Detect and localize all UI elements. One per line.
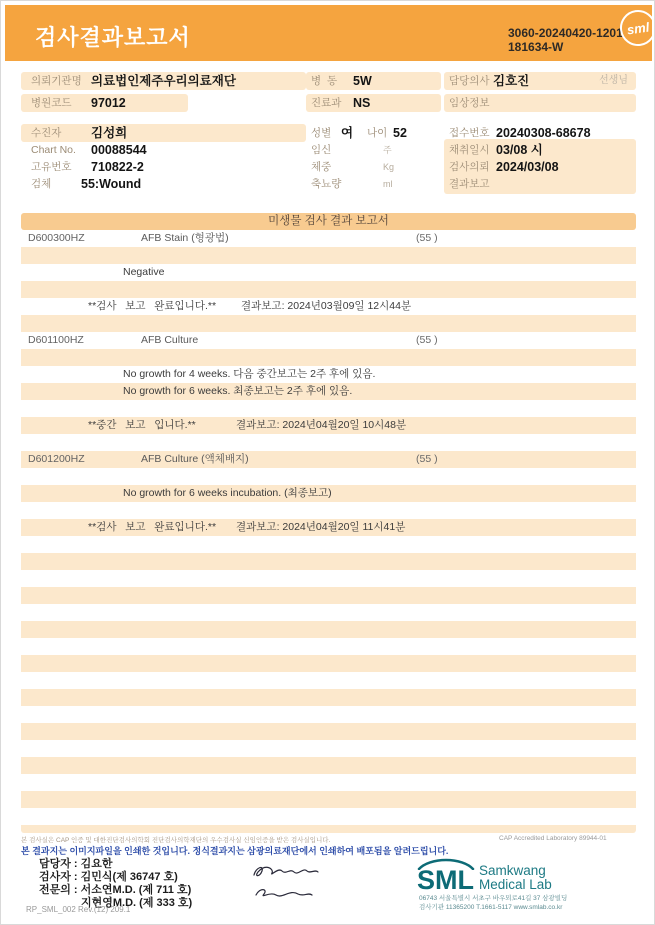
cap-accreditation-line: 본 검사실은 CAP 인증 및 대한진단검사의학회 진단검사의학재단의 우수검사…: [21, 835, 330, 844]
age-label: 나이: [367, 124, 387, 142]
test2-reported: 결과보고: 2024년04월20일 10시48분: [236, 417, 406, 434]
dept-label: 진료과: [311, 94, 341, 112]
test3-name: AFB Culture (액체배지): [141, 451, 249, 468]
test2-name: AFB Culture: [141, 332, 198, 349]
chart-label: Chart No.: [31, 141, 76, 159]
page-title: 검사결과보고서: [35, 21, 191, 52]
signature: [246, 859, 366, 909]
test2-result-2: No growth for 6 weeks. 최종보고는 2주 후에 있음.: [123, 383, 352, 400]
chart-value: 00088544: [91, 141, 147, 159]
doctor-suffix: 선생님: [599, 72, 628, 90]
specimen-label: 검체: [31, 175, 51, 193]
test2-code: D601100HZ: [28, 332, 84, 349]
report-number-line2: 181634-W: [508, 40, 623, 54]
test3-status: **검사 보고 완료입니다.**: [88, 519, 216, 536]
receipt-label: 접수번호: [449, 124, 490, 142]
test2-specimen: (55 ): [416, 332, 438, 349]
test1-reported: 결과보고: 2024년03월09일 12시44분: [241, 298, 411, 315]
patient-label: 수진자: [31, 124, 61, 142]
test1-result: Negative: [123, 264, 164, 281]
report-date-label: 결과보고: [449, 175, 490, 193]
receipt-value: 20240308-68678: [496, 124, 591, 142]
urine-unit: ml: [383, 175, 393, 193]
age-value: 52: [393, 124, 407, 142]
test1-status: **검사 보고 완료입니다.**: [88, 298, 216, 315]
request-value: 2024/03/08: [496, 158, 559, 176]
uid-label: 고유번호: [31, 158, 72, 176]
staff-line-specialist-1: 전문의 : 서소연M.D. (제 711 호): [39, 884, 191, 897]
weight-label: 체중: [311, 158, 331, 176]
doctor-value: 김호진: [493, 72, 529, 90]
test1-name: AFB Stain (형광법): [141, 230, 229, 247]
sml-name-line2: Medical Lab: [479, 878, 552, 892]
test3-code: D601200HZ: [28, 451, 85, 468]
report-number-line1: 3060-20240420-1201: [508, 26, 623, 40]
pregnancy-unit: 주: [383, 141, 392, 159]
ward-value: 5W: [353, 72, 372, 90]
sml-address-line1: 06743 서울특별시 서초구 바우뫼로41길 37 삼광빌딩: [419, 894, 567, 903]
dept-value: NS: [353, 94, 370, 112]
header-banner: 검사결과보고서 3060-20240420-1201 181634-W sml: [5, 5, 652, 61]
specimen-value: 55:Wound: [81, 175, 141, 193]
results-section-title: 미생물 검사 결과 보고서: [21, 213, 636, 230]
sml-footer-logo-name: Samkwang Medical Lab: [479, 864, 552, 892]
clinical-label: 임상정보: [449, 94, 490, 112]
cap-accreditation-number: CAP Accredited Laboratory 89944-01: [499, 835, 607, 842]
patient-value: 김성희: [91, 124, 127, 142]
image-print-notice: 본 결과지는 이미지파일을 인쇄한 것입니다. 정식결과지는 삼광의료재단에서 …: [21, 844, 448, 857]
collect-label: 채취일시: [449, 141, 490, 159]
test1-specimen: (55 ): [416, 230, 438, 247]
uid-value: 710822-2: [91, 158, 144, 176]
ward-label: 병 동: [311, 72, 337, 90]
sml-footer-logo-text: SML: [417, 867, 474, 893]
test1-code: D600300HZ: [28, 230, 85, 247]
staff-line-examiner: 검사자 : 김민식(제 36747 호): [39, 871, 178, 884]
report-number: 3060-20240420-1201 181634-W: [508, 26, 623, 54]
sml-logo-text: sml: [626, 19, 650, 37]
test3-reported: 결과보고: 2024년04월20일 11시41분: [236, 519, 405, 536]
urine-label: 축뇨량: [311, 175, 341, 193]
doctor-label: 담당의사: [449, 72, 490, 90]
sml-logo-icon: sml: [618, 8, 655, 49]
weight-unit: Kg: [383, 158, 394, 176]
test2-result-1: No growth for 4 weeks. 다음 중간보고는 2주 후에 있음…: [123, 366, 375, 383]
test2-status: **중간 보고 입니다.**: [88, 417, 196, 434]
sex-value: 여: [341, 124, 353, 142]
hospital-code-label: 병원코드: [31, 94, 72, 112]
org-label: 의뢰기관명: [31, 72, 82, 90]
sml-address-line2: 검사기관 11365200 T.1661-5117 www.smlab.co.k…: [419, 903, 562, 912]
pregnancy-label: 임신: [311, 141, 331, 159]
test3-result: No growth for 6 weeks incubation. (최종보고): [123, 485, 332, 502]
report-page: 검사결과보고서 3060-20240420-1201 181634-W sml …: [0, 0, 655, 925]
staff-line-manager: 담당자 : 김요한: [39, 858, 113, 871]
collect-value: 03/08 시: [496, 141, 543, 159]
test3-specimen: (55 ): [416, 451, 438, 468]
hospital-code-value: 97012: [91, 94, 126, 112]
org-value: 의료법인제주우리의료재단: [91, 72, 236, 90]
request-label: 검사의뢰: [449, 158, 490, 176]
sex-label: 성별: [311, 124, 331, 142]
document-code: RP_SML_002 Rev.(12) 209.1: [26, 905, 130, 914]
stripe-patient-row: [21, 124, 306, 142]
sml-name-line1: Samkwang: [479, 864, 552, 878]
